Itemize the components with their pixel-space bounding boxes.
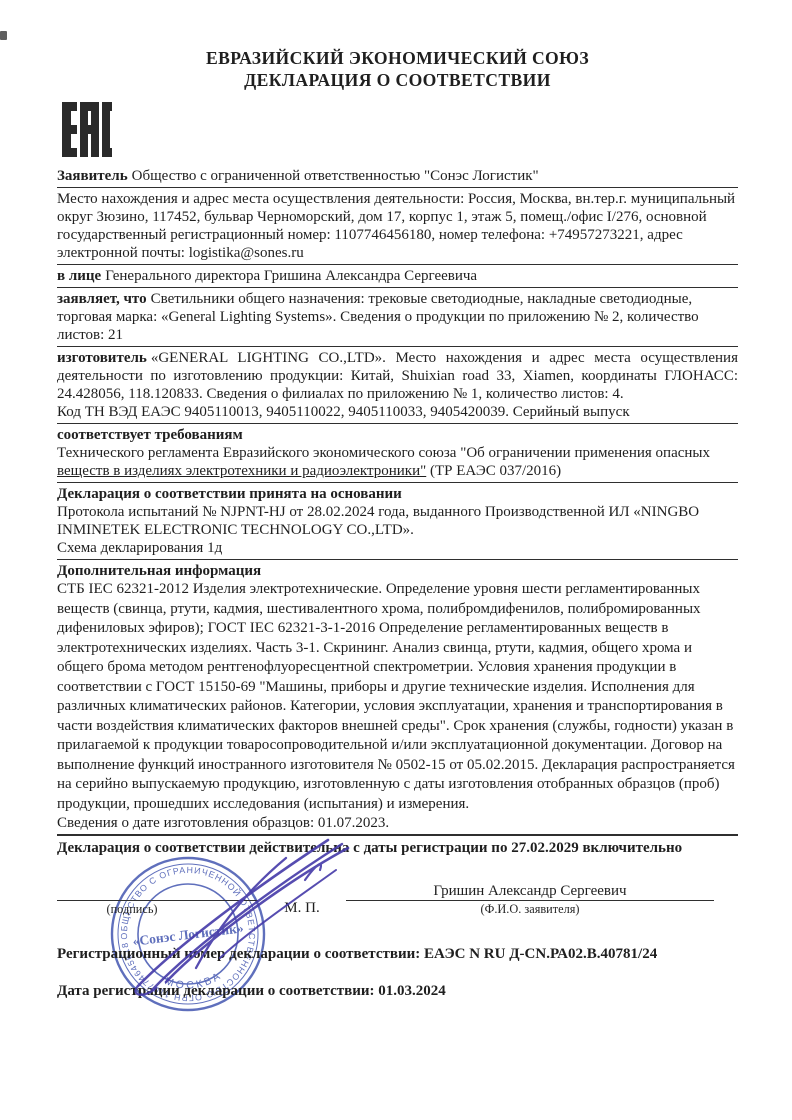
applicant-value: Общество с ограниченной ответственностью…	[132, 168, 539, 184]
manufacturer-label: изготовитель	[57, 350, 147, 366]
additional-label: Дополнительная информация	[57, 562, 734, 580]
declares-label: заявляет, что	[57, 291, 147, 307]
manufacturer-paragraph: изготовитель«GENERAL LIGHTING CO.,LTD». …	[57, 349, 738, 403]
basis-label: Декларация о соответствии принята на осн…	[57, 485, 734, 503]
in-person-label: в лице	[57, 268, 101, 284]
basis-value: Протокола испытаний № NJPNT-HJ от 28.02.…	[57, 503, 738, 539]
declares-row: заявляет, чтоСветильники общего назначен…	[57, 288, 738, 347]
conforms-row: соответствует требованиям Технического р…	[57, 424, 738, 483]
in-person-row: в лицеГенерального директора Гришина Але…	[57, 265, 738, 288]
additional-text: СТБ IEC 62321-2012 Изделия электротехнич…	[57, 580, 738, 814]
conforms-value: Технического регламента Евразийского эко…	[57, 444, 738, 480]
title-union: ЕВРАЗИЙСКИЙ ЭКОНОМИЧЕСКИЙ СОЮЗ	[57, 47, 738, 69]
signature-strokes	[100, 818, 430, 1018]
basis-row: Декларация о соответствии принята на осн…	[57, 483, 738, 560]
address-value: Место нахождения и адрес места осуществл…	[57, 191, 735, 261]
applicant-label: Заявитель	[57, 168, 128, 184]
address-row: Место нахождения и адрес места осуществл…	[57, 188, 738, 265]
manufacturer-value: «GENERAL LIGHTING CO.,LTD». Место нахожд…	[57, 350, 738, 402]
manufacturer-row: изготовитель«GENERAL LIGHTING CO.,LTD». …	[57, 347, 738, 424]
conforms-value-3: (ТР ЕАЭС 037/2016)	[426, 463, 561, 479]
document-title: ЕВРАЗИЙСКИЙ ЭКОНОМИЧЕСКИЙ СОЮЗ ДЕКЛАРАЦИ…	[57, 47, 738, 91]
applicant-row: ЗаявительОбщество с ограниченной ответст…	[57, 165, 738, 188]
title-doc-type: ДЕКЛАРАЦИЯ О СООТВЕТСТВИИ	[57, 69, 738, 91]
conforms-value-2: веществ в изделиях электротехники и ради…	[57, 463, 426, 479]
in-person-value: Генерального директора Гришина Александр…	[105, 268, 477, 284]
tn-ved-line: Код ТН ВЭД ЕАЭС 9405110013, 9405110022, …	[57, 403, 738, 421]
declares-value: Светильники общего назначения: трековые …	[57, 291, 699, 343]
declaration-document: ОБЩЕСТВО С ОГРАНИЧЕННОЙ ОТВЕТСТВЕННОСТЬЮ…	[0, 0, 792, 1120]
conforms-label: соответствует требованиям	[57, 426, 734, 444]
additional-row: Дополнительная информация СТБ IEC 62321-…	[57, 560, 738, 836]
scan-artifact	[0, 31, 7, 40]
conforms-value-1: Технического регламента Евразийского эко…	[57, 445, 710, 461]
basis-scheme: Схема декларирования 1д	[57, 539, 738, 557]
